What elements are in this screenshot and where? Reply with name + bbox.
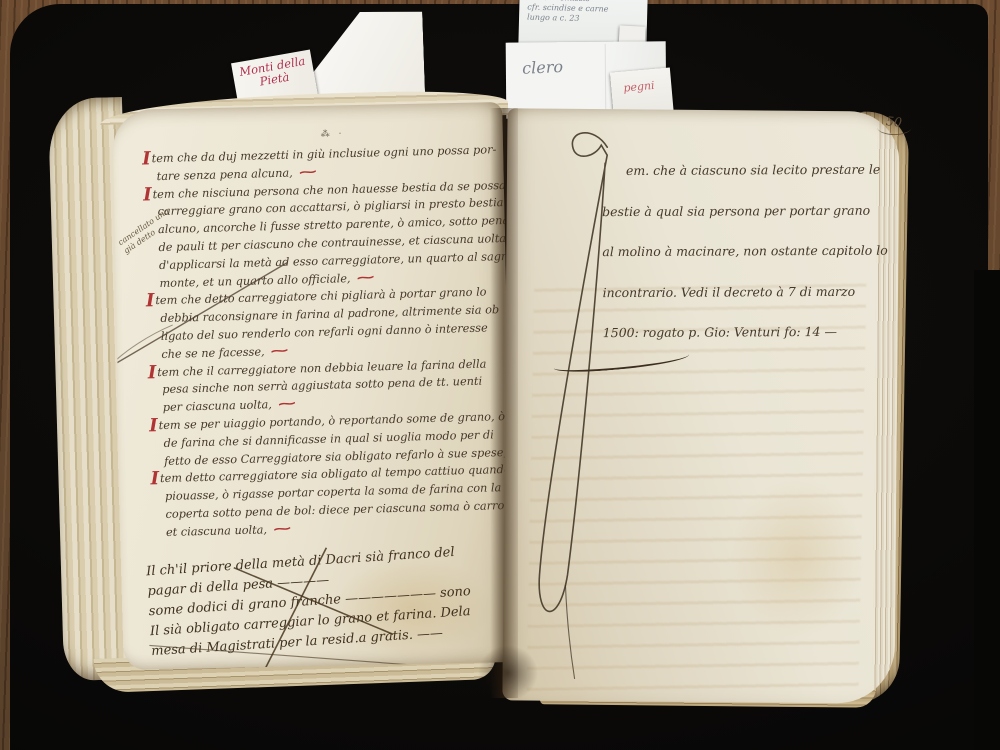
red-paragraph-mark: ~ xyxy=(267,342,293,361)
struck-out-paragraph: Il ch'il priore della metà di Dacri sià … xyxy=(146,542,474,662)
bookmark-label: pegni xyxy=(610,67,672,95)
manuscript-line: al molino à macinare, non ostante capito… xyxy=(602,231,888,273)
right-page: em. che à ciascuno sia lecito prestare l… xyxy=(502,108,899,703)
red-paragraph-mark: ~ xyxy=(295,163,321,182)
rubricated-initial: I xyxy=(149,415,158,436)
red-paragraph-mark: ~ xyxy=(274,395,300,414)
manuscript-line: lungo a c. 23 xyxy=(527,13,647,26)
manuscript-line: 1500: rogato p. Gio: Venturi fo: 14 — xyxy=(603,312,889,354)
left-page: ⁂ · cancellato unogià detto Item che da … xyxy=(112,102,514,670)
manuscript-body: Item che da duj mezzetti in giù inclusiu… xyxy=(142,141,508,542)
red-paragraph-mark: ~ xyxy=(353,268,379,287)
rubricated-initial: I xyxy=(143,184,152,205)
manuscript-line: incontrario. Vedi il decreto à 7 di marz… xyxy=(602,271,888,313)
rubricated-initial: I xyxy=(150,468,159,489)
manuscript-body: em. che à ciascuno sia lecito prestare l… xyxy=(602,150,888,354)
book-gutter xyxy=(490,108,518,698)
gutter-shadow xyxy=(468,636,548,710)
red-paragraph-mark: ~ xyxy=(270,520,296,539)
manuscript-line: em. che à ciascuno sia lecito prestare l… xyxy=(626,150,888,192)
paper-stain xyxy=(701,442,893,674)
book-cradle-shadow xyxy=(974,270,1000,750)
rubricated-initial: I xyxy=(148,362,157,383)
manuscript-photo: Monti dellaPietà Il Sr. — omissiscfr. sc… xyxy=(0,0,1000,750)
pencil-note-lines: Il Sr. — omissiscfr. scindise e carnelun… xyxy=(527,0,648,26)
rubricated-initial: I xyxy=(142,148,151,169)
manuscript-line: bestie à qual sia persona per portar gra… xyxy=(602,190,888,232)
folio-number: 50 xyxy=(885,113,902,130)
rubricated-initial: I xyxy=(146,291,155,312)
scribal-marks: ⁂ · xyxy=(321,129,345,139)
